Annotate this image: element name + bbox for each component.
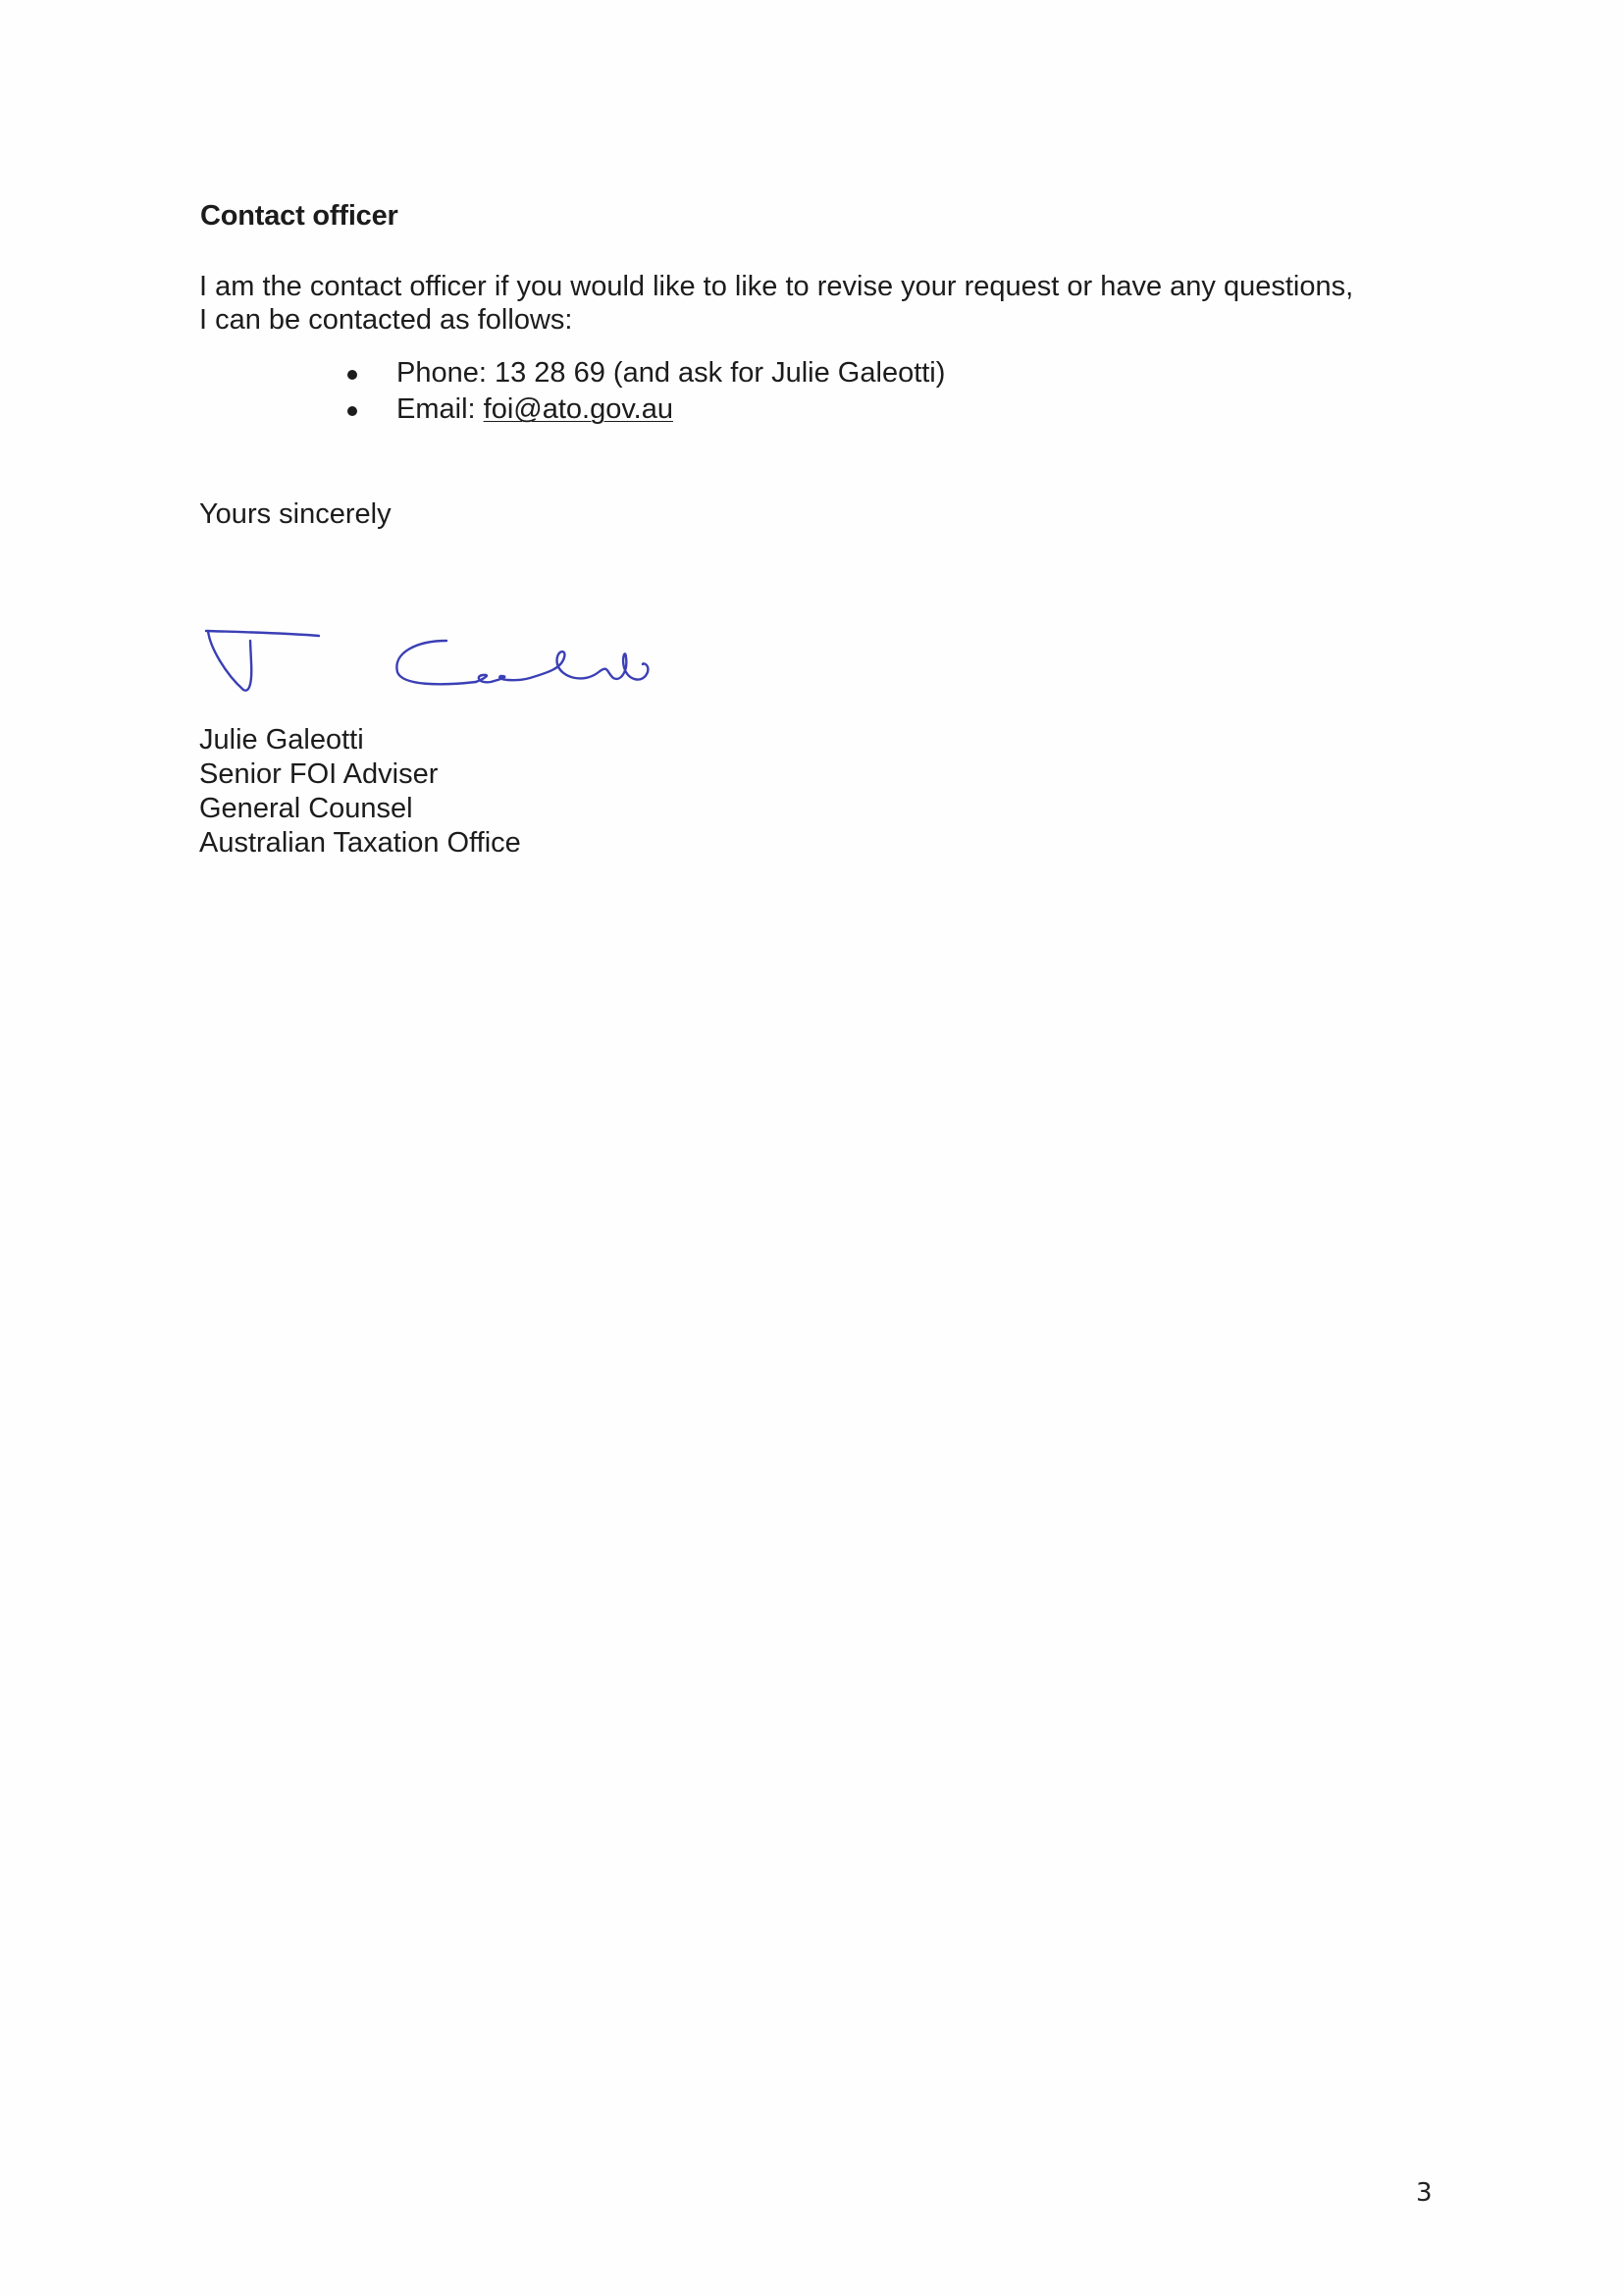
signatory-name: Julie Galeotti xyxy=(199,723,521,757)
page-number: 3 xyxy=(1416,2178,1433,2208)
email-label: Email: xyxy=(396,393,484,425)
section-heading: Contact officer xyxy=(200,200,398,233)
handwritten-signature-icon xyxy=(196,603,746,702)
email-link[interactable]: foi@ato.gov.au xyxy=(484,393,673,425)
contact-list: Phone: 13 28 69 (and ask for Julie Galeo… xyxy=(343,355,945,428)
paragraph-line: I can be contacted as follows: xyxy=(199,303,1475,337)
phone-label: Phone: xyxy=(396,357,495,389)
signoff: Yours sincerely xyxy=(199,498,392,531)
signatory-division: General Counsel xyxy=(199,792,521,826)
signatory-organisation: Australian Taxation Office xyxy=(199,826,521,861)
list-item-email: Email: foi@ato.gov.au xyxy=(343,391,945,428)
list-item-phone: Phone: 13 28 69 (and ask for Julie Galeo… xyxy=(343,355,945,391)
contact-paragraph: I am the contact officer if you would li… xyxy=(199,270,1475,337)
signature-block: Julie Galeotti Senior FOI Adviser Genera… xyxy=(199,723,521,861)
phone-value: 13 28 69 (and ask for Julie Galeotti) xyxy=(495,357,945,389)
document-page: Contact officer I am the contact officer… xyxy=(0,0,1623,2296)
paragraph-line: I am the contact officer if you would li… xyxy=(199,270,1475,303)
signatory-title: Senior FOI Adviser xyxy=(199,757,521,792)
